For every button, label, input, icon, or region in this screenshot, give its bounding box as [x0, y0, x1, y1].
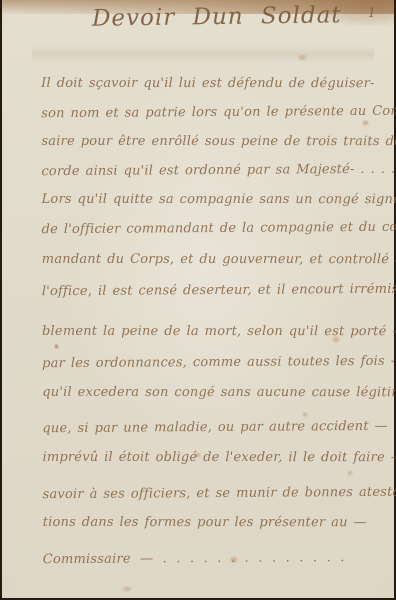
page-number: 1: [368, 6, 376, 21]
manuscript-title: Devoir Dun Soldat: [92, 2, 342, 31]
stain-spot: [122, 586, 132, 592]
manuscript-line: savoir à ses officiers, et se munir de b…: [43, 485, 389, 516]
manuscript-line: son nom et sa patrie lors qu'on le prése…: [41, 104, 387, 135]
manuscript-line: qu'il excedera son congé sans aucune cau…: [42, 385, 388, 414]
manuscript-body: Il doit sçavoir qu'il lui est défendu de…: [41, 75, 389, 580]
manuscript-line: saire pour être enrôllé sous peine de tr…: [41, 134, 387, 163]
ink-showthrough-smudge: [32, 46, 374, 62]
manuscript-line: Commissaire — . . . . . . . . . . . . . …: [43, 550, 389, 581]
manuscript-line: par les ordonnances, comme aussi toutes …: [42, 354, 388, 385]
manuscript-line: tions dans les formes pour les présenter…: [43, 515, 389, 544]
manuscript-line: imprévû il étoit obligé de l'exeder, il …: [42, 450, 388, 479]
manuscript-photo: Devoir Dun Soldat 1 Il doit sçavoir qu'i…: [0, 0, 396, 600]
manuscript-page: Devoir Dun Soldat 1 Il doit sçavoir qu'i…: [2, 0, 394, 598]
manuscript-line: de l'officier commandant de la compagnie…: [42, 220, 388, 251]
manuscript-line: l'office, il est censé deserteur, et il …: [42, 282, 388, 313]
stain-spot: [298, 54, 307, 61]
manuscript-line: blement la peine de la mort, selon qu'il…: [42, 324, 388, 353]
manuscript-line: Lors qu'il quitte sa compagnie sans un c…: [42, 192, 388, 221]
manuscript-line: corde ainsi qu'il est ordonné par sa Maj…: [41, 162, 387, 193]
manuscript-line: mandant du Corps, et du gouverneur, et c…: [42, 252, 388, 281]
manuscript-line: Il doit sçavoir qu'il lui est défendu de…: [41, 76, 387, 105]
manuscript-line: que, si par une maladie, ou par autre ac…: [42, 419, 388, 450]
